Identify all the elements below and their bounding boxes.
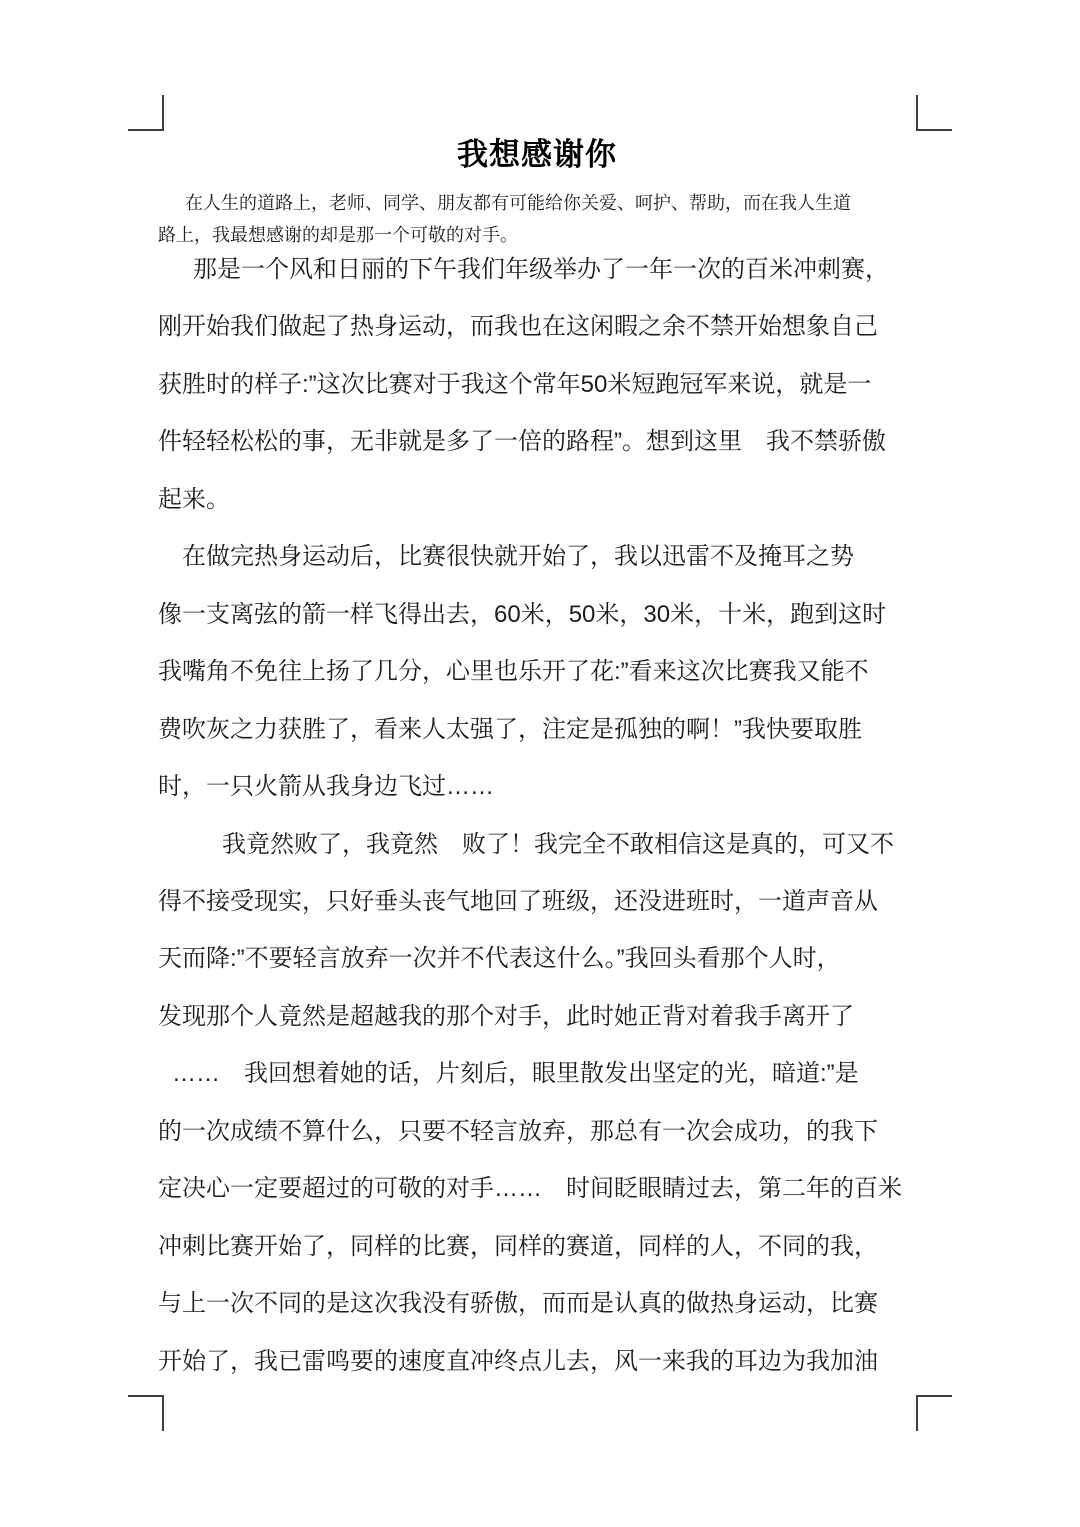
text-boundary-mark-bottom-left — [128, 1395, 164, 1431]
body-line: 定决心一定要超过的可敬的对手…… 时间眨眼睛过去，第二年的百米 — [158, 1160, 920, 1217]
text-boundary-mark-bottom-right — [916, 1395, 952, 1431]
document-page: 我想感谢你 在人生的道路上，老师、同学、朋友都有可能给你关爱、呵护、帮助，而在我… — [0, 0, 1080, 1527]
body-line: 发现那个人竟然是超越我的那个对手，此时她正背对着我手离开了 — [158, 988, 920, 1045]
body-line: 费吹灰之力获胜了，看来人太强了，注定是孤独的啊！”我快要取胜 — [158, 701, 920, 758]
body-line: 那是一个风和日丽的下午我们年级举办了一年一次的百米冲刺赛， — [158, 241, 920, 298]
body-line: 冲刺比赛开始了，同样的比赛，同样的赛道，同样的人，不同的我， — [158, 1218, 920, 1275]
text-boundary-mark-top-left — [128, 95, 164, 131]
body-line: 刚开始我们做起了热身运动，而我也在这闲暇之余不禁开始想象自己 — [158, 298, 920, 355]
intro-line: 在人生的道路上，老师、同学、朋友都有可能给你关爱、呵护、帮助，而在我人生道 — [158, 188, 920, 220]
body-line: 与上一次不同的是这次我没有骄傲，而而是认真的做热身运动，比赛 — [158, 1275, 920, 1332]
essay-title: 我想感谢你 — [158, 136, 916, 174]
body-line: 我竟然败了，我竟然 败了！我完全不敢相信这是真的，可又不 — [158, 816, 920, 873]
body-line: 得不接受现实，只好垂头丧气地回了班级，还没进班时，一道声音从 — [158, 873, 920, 930]
body-line: 获胜时的样子:”这次比赛对于我这个常年50米短跑冠军来说，就是一 — [158, 356, 920, 413]
body-line: 我嘴角不免往上扬了几分，心里也乐开了花:”看来这次比赛我又能不 — [158, 643, 920, 700]
body-line: …… 我回想着她的话，片刻后，眼里散发出坚定的光，暗道:”是 — [158, 1045, 920, 1102]
body-line: 开始了，我已雷鸣要的速度直冲终点儿去，风一来我的耳边为我加油 — [158, 1333, 920, 1390]
essay-body: 那是一个风和日丽的下午我们年级举办了一年一次的百米冲刺赛，刚开始我们做起了热身运… — [158, 241, 920, 1390]
body-line: 件轻轻松松的事，无非就是多了一倍的路程”。想到这里 我不禁骄傲 — [158, 413, 920, 470]
body-line: 起来。 — [158, 471, 920, 528]
body-line: 在做完热身运动后，比赛很快就开始了，我以迅雷不及掩耳之势 — [158, 528, 920, 585]
text-boundary-mark-top-right — [916, 95, 952, 131]
body-line: 像一支离弦的箭一样飞得出去，60米，50米，30米，十米，跑到这时 — [158, 586, 920, 643]
body-line: 天而降:”不要轻言放弃一次并不代表这什么。”我回头看那个人时， — [158, 930, 920, 987]
body-line: 的一次成绩不算什么，只要不轻言放弃，那总有一次会成功，的我下 — [158, 1103, 920, 1160]
body-line: 时，一只火箭从我身边飞过…… — [158, 758, 920, 815]
